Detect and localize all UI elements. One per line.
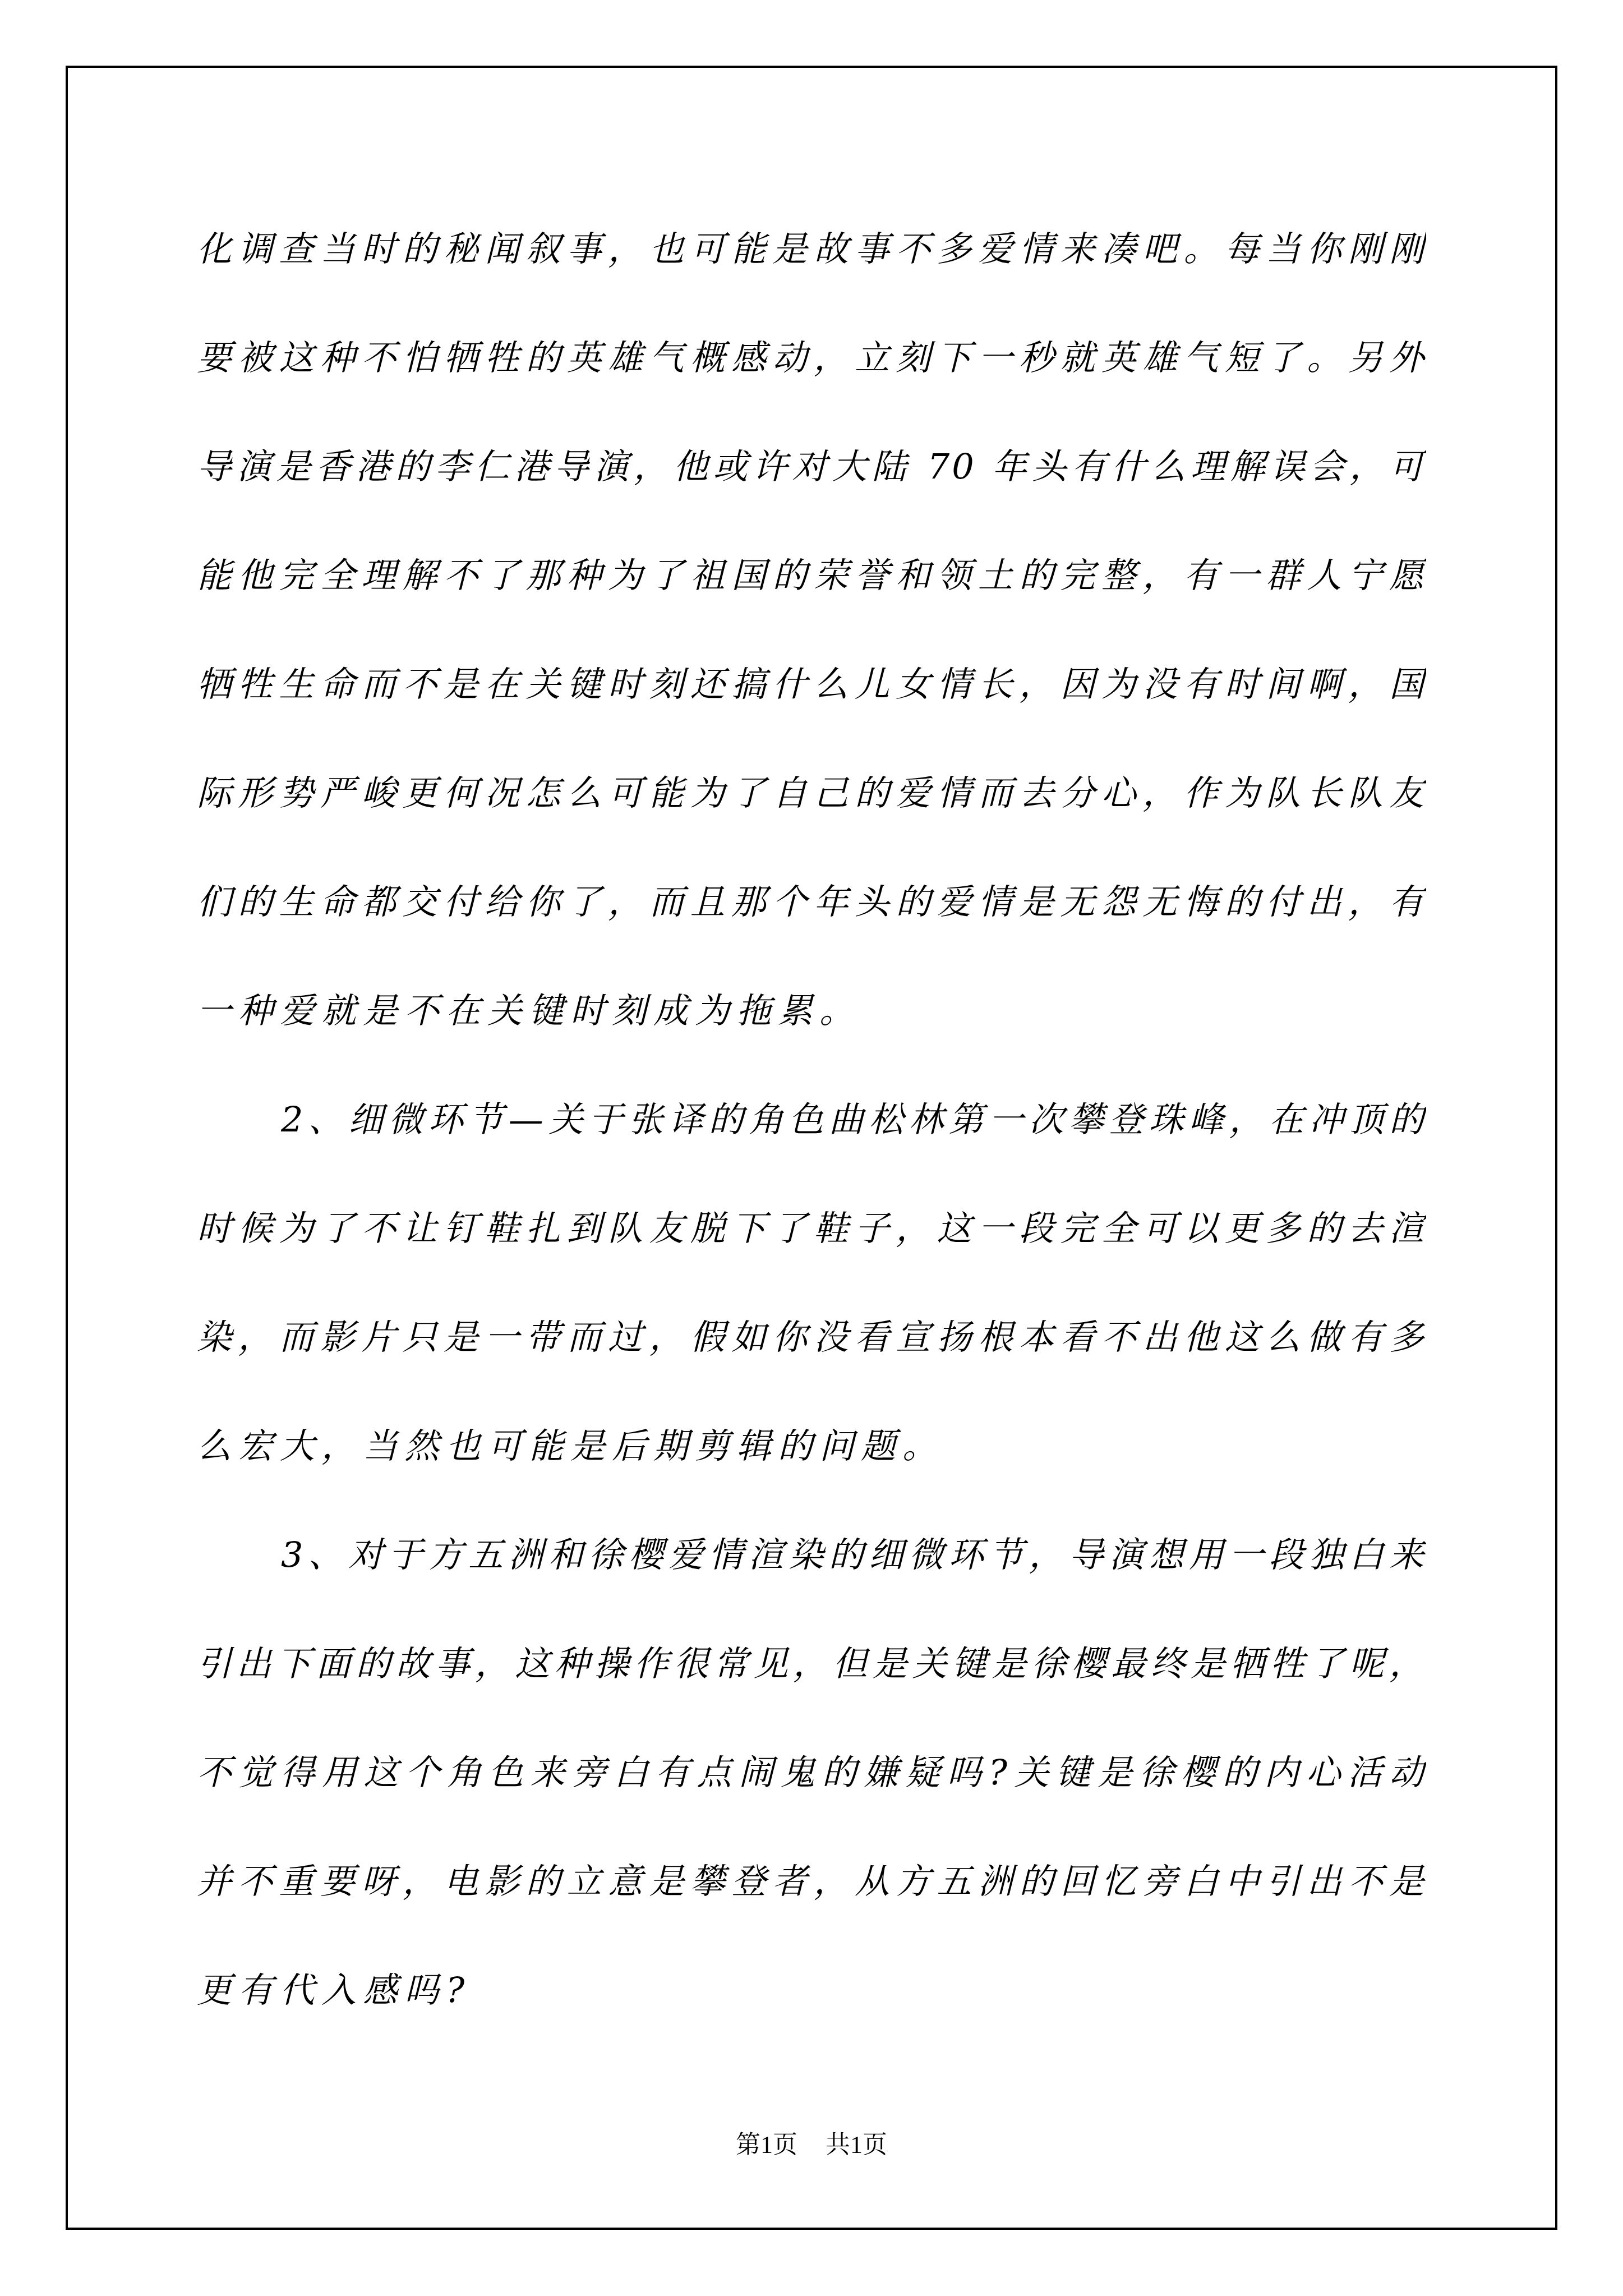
text-line: 要被这种不怕牺牲的英雄气概感动，立刻下一秒就英雄气短了。另外 <box>197 303 1426 412</box>
text-line: 化调查当时的秘闻叙事，也可能是故事不多爱情来凑吧。每当你刚刚 <box>197 195 1426 303</box>
text-line: 时候为了不让钉鞋扎到队友脱下了鞋子，这一段完全可以更多的去渲 <box>197 1174 1426 1283</box>
text-line: 们的生命都交付给你了，而且那个年头的爱情是无怨无悔的付出，有 <box>197 848 1426 956</box>
text-line: 不觉得用这个角色来旁白有点闹鬼的嫌疑吗?关键是徐樱的内心活动 <box>197 1718 1426 1827</box>
text-line: 牺牲生命而不是在关键时刻还搞什么儿女情长，因为没有时间啊，国 <box>197 630 1426 739</box>
page-number-current: 第1页 <box>736 2131 797 2159</box>
page-number-total: 共1页 <box>826 2131 887 2159</box>
text-line: 并不重要呀，电影的立意是攀登者，从方五洲的回忆旁白中引出不是 <box>197 1827 1426 1936</box>
text-line: 2、细微环节—关于张译的角色曲松林第一次攀登珠峰，在冲顶的 <box>197 1065 1426 1174</box>
text-line: 导演是香港的李仁港导演，他或许对大陆 70 年头有什么理解误会，可 <box>197 412 1426 521</box>
paragraph-3: 3、对于方五洲和徐樱爱情渲染的细微环节，导演想用一段独白来 引出下面的故事，这种… <box>197 1501 1426 2045</box>
document-page: 化调查当时的秘闻叙事，也可能是故事不多爱情来凑吧。每当你刚刚 要被这种不怕牺牲的… <box>0 0 1623 2296</box>
text-line: 引出下面的故事，这种操作很常见，但是关键是徐樱最终是牺牲了呢， <box>197 1609 1426 1718</box>
text-line: 3、对于方五洲和徐樱爱情渲染的细微环节，导演想用一段独白来 <box>197 1501 1426 1609</box>
text-line: 能他完全理解不了那种为了祖国的荣誉和领土的完整，有一群人宁愿 <box>197 521 1426 630</box>
text-line: 际形势严峻更何况怎么可能为了自己的爱情而去分心，作为队长队友 <box>197 739 1426 848</box>
text-line: 染，而影片只是一带而过，假如你没看宣扬根本看不出他这么做有多 <box>197 1283 1426 1392</box>
document-body: 化调查当时的秘闻叙事，也可能是故事不多爱情来凑吧。每当你刚刚 要被这种不怕牺牲的… <box>197 195 1426 2045</box>
page-footer: 第1页共1页 <box>0 2129 1623 2161</box>
paragraph-2: 2、细微环节—关于张译的角色曲松林第一次攀登珠峰，在冲顶的 时候为了不让钉鞋扎到… <box>197 1065 1426 1501</box>
paragraph-1: 化调查当时的秘闻叙事，也可能是故事不多爱情来凑吧。每当你刚刚 要被这种不怕牺牲的… <box>197 195 1426 1065</box>
text-line: 么宏大，当然也可能是后期剪辑的问题。 <box>197 1392 1426 1501</box>
text-line: 一种爱就是不在关键时刻成为拖累。 <box>197 956 1426 1065</box>
text-line: 更有代入感吗? <box>197 1936 1426 2045</box>
